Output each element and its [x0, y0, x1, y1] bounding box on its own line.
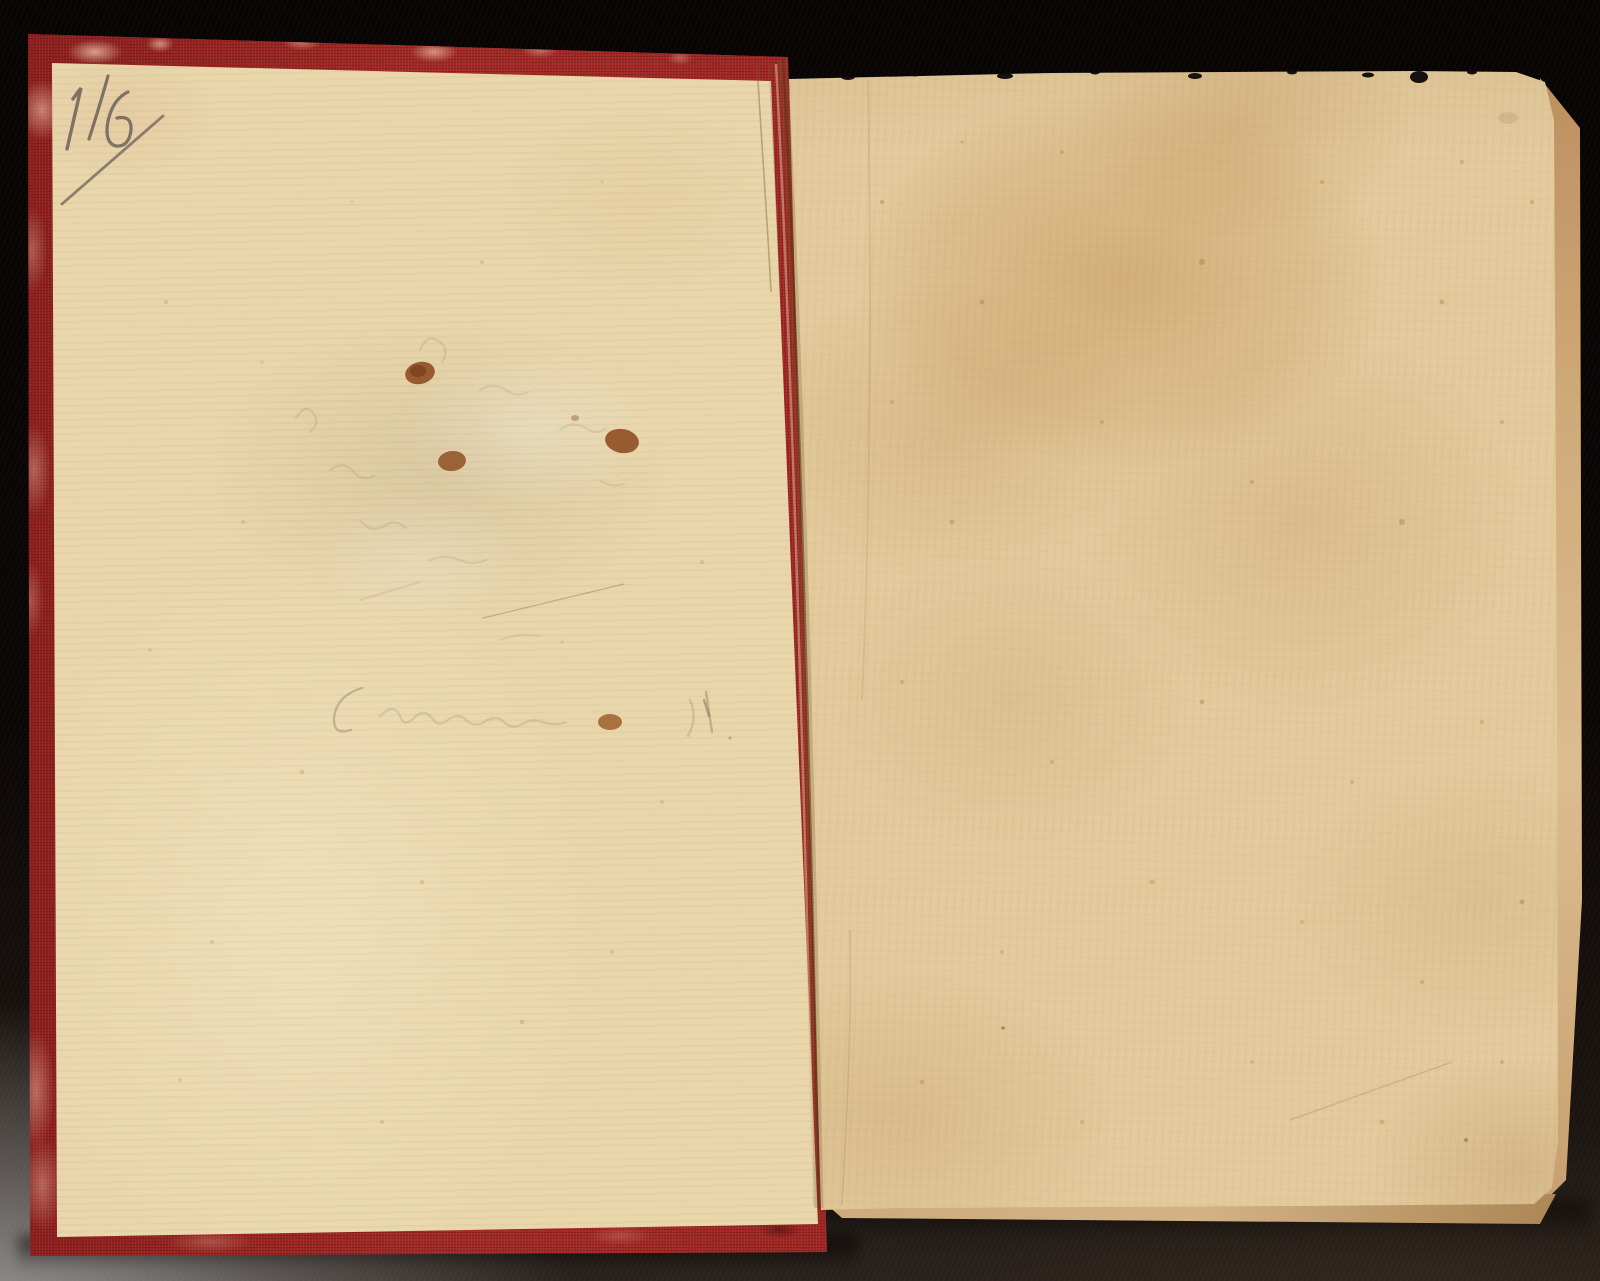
book	[0, 0, 1600, 1281]
photo-of-open-book	[0, 0, 1600, 1281]
